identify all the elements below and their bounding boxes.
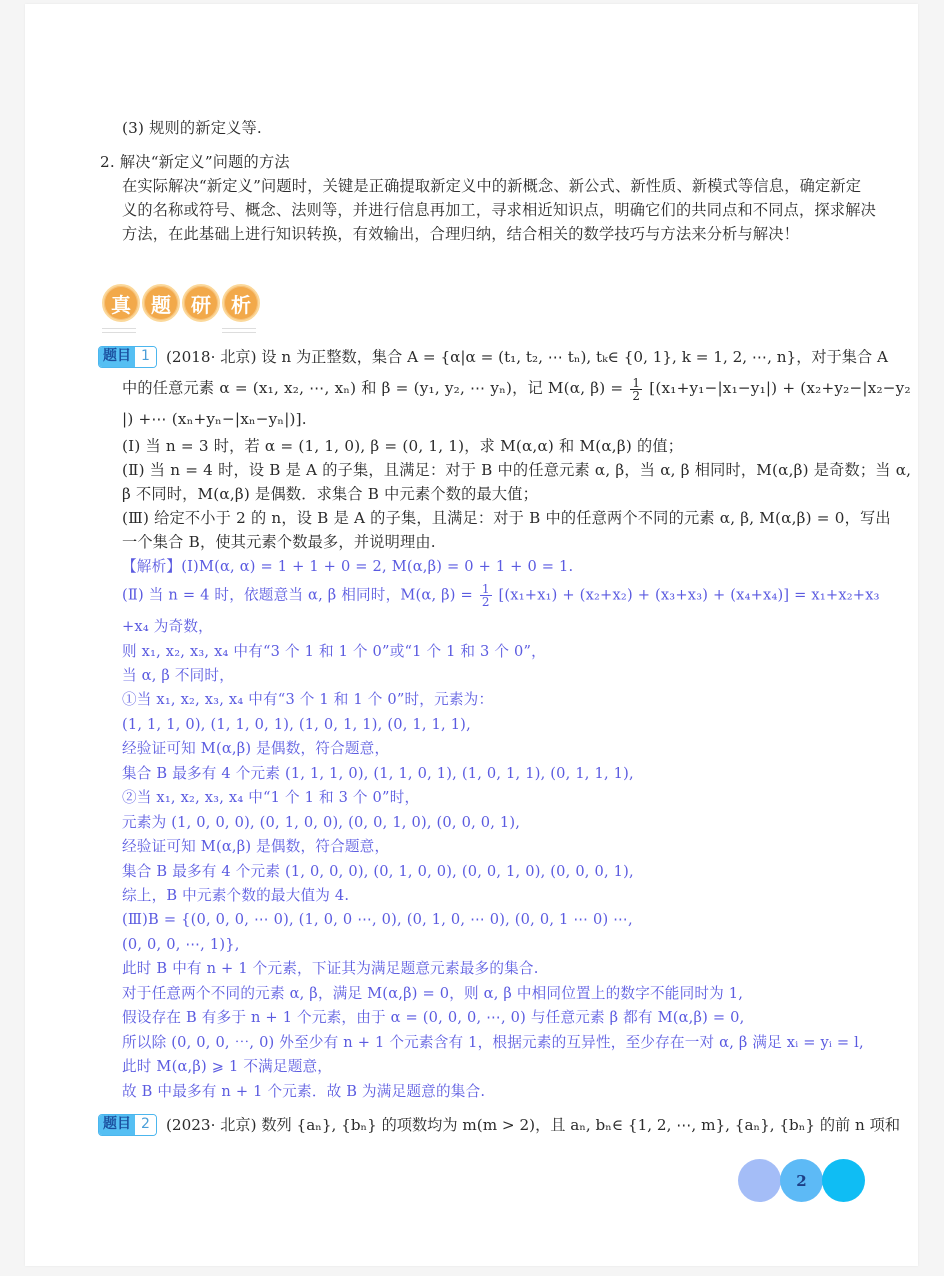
solution-2-before: (Ⅱ) 当 n = 4 时，依题意当 α, β 相同时，M(α, β) = — [122, 587, 473, 604]
question-2-tag: 题目 2 — [98, 1114, 157, 1136]
question-1-tag: 题目 1 — [98, 346, 157, 368]
banner-char-2: 题 — [142, 284, 180, 322]
fraction-one-half: 12 — [480, 583, 492, 608]
decorative-circle-left — [738, 1159, 781, 1202]
solution-line: (Ⅲ)B = {(0, 0, 0, ⋯ 0), (1, 0, 0 ⋯, 0), … — [122, 908, 633, 932]
question-tag-number: 2 — [135, 1115, 156, 1135]
solution-line: 所以除 (0, 0, 0, ⋯, 0) 外至少有 n + 1 个元素含有 1，根… — [122, 1031, 864, 1055]
solution-line: 集合 B 最多有 4 个元素 (1, 1, 1, 0), (1, 1, 0, 1… — [122, 762, 634, 786]
solution-line: 集合 B 最多有 4 个元素 (1, 0, 0, 0), (0, 1, 0, 0… — [122, 860, 634, 884]
banner-char-3: 研 — [182, 284, 220, 322]
question-tag-label: 题目 — [99, 347, 135, 367]
question-1-line-3: |) +⋯ (xₙ+yₙ−|xₙ−yₙ|)]. — [122, 407, 307, 431]
solution-line: 故 B 中最多有 n + 1 个元素．故 B 为满足题意的集合. — [122, 1080, 485, 1104]
section-2-line-2: 义的名称或符号、概念、法则等，并进行信息再加工，寻求相近知识点，明确它们的共同点… — [122, 198, 876, 222]
question-1-part-2-line-2: β 不同时，M(α,β) 是偶数．求集合 B 中元素个数的最大值； — [122, 482, 538, 506]
solution-line: 此时 B 中有 n + 1 个元素，下证其为满足题意元素最多的集合. — [122, 957, 539, 981]
solution-line: 经验证可知 M(α,β) 是偶数，符合题意， — [122, 737, 389, 761]
solution-line: 元素为 (1, 0, 0, 0), (0, 1, 0, 0), (0, 0, 1… — [122, 811, 520, 835]
solution-line: ②当 x₁, x₂, x₃, x₄ 中“1 个 1 和 3 个 0”时， — [122, 786, 419, 810]
question-tag-number: 1 — [135, 347, 156, 367]
banner-underline-right — [222, 328, 256, 333]
question-1-part-2-line-1: (Ⅱ) 当 n = 4 时，设 B 是 A 的子集，且满足：对于 B 中的任意元… — [122, 458, 911, 482]
solution-2-after: [(x₁+x₁) + (x₂+x₂) + (x₃+x₃) + (x₄+x₄)] … — [499, 587, 880, 604]
solution-line: 对于任意两个不同的元素 α, β，满足 M(α,β) = 0，则 α, β 中相… — [122, 982, 743, 1006]
solution-line-2: (Ⅱ) 当 n = 4 时，依题意当 α, β 相同时，M(α, β) = 12… — [122, 583, 880, 608]
question-1-head: (2018· 北京) 设 n 为正整数，集合 A = {α|α = (t₁, t… — [166, 345, 888, 369]
banner-underline-left — [102, 328, 136, 333]
banner-char-4: 析 — [222, 284, 260, 322]
question-1-part-1: (Ⅰ) 当 n = 3 时，若 α = (1, 1, 0), β = (0, 1… — [122, 434, 683, 458]
solution-line: 假设存在 B 有多于 n + 1 个元素，由于 α = (0, 0, 0, ⋯,… — [122, 1006, 744, 1030]
solution-line: +x₄ 为奇数， — [122, 615, 213, 639]
fraction-one-half: 12 — [630, 377, 642, 402]
q1-line2-after: [(x₁+y₁−|x₁−y₁|) + (x₂+y₂−|x₂−y₂ — [649, 379, 910, 397]
banner-char-1: 真 — [102, 284, 140, 322]
section-2-line-1: 在实际解决“新定义”问题时，关键是正确提取新定义中的新概念、新公式、新性质、新模… — [122, 174, 861, 198]
section-2-title: 2. 解决“新定义”问题的方法 — [100, 150, 290, 174]
section-banner-zhenti-yanxi: 真 题 研 析 — [102, 284, 260, 324]
solution-line: (0, 0, 0, ⋯, 1)}, — [122, 933, 240, 957]
page-number: 2 — [780, 1159, 823, 1202]
decorative-circle-right — [822, 1159, 865, 1202]
solution-line: ①当 x₁, x₂, x₃, x₄ 中有“3 个 1 和 1 个 0”时，元素为… — [122, 688, 493, 712]
intro-item-3: (3) 规则的新定义等. — [122, 116, 262, 140]
question-1-part-3-line-1: (Ⅲ) 给定不小于 2 的 n，设 B 是 A 的子集，且满足：对于 B 中的任… — [122, 506, 891, 530]
solution-line: 此时 M(α,β) ⩾ 1 不满足题意， — [122, 1055, 332, 1079]
solution-line: 则 x₁, x₂, x₃, x₄ 中有“3 个 1 和 1 个 0”或“1 个 … — [122, 640, 546, 664]
question-tag-label: 题目 — [99, 1115, 135, 1135]
question-2-head: (2023· 北京) 数列 {aₙ}, {bₙ} 的项数均为 m(m > 2)，… — [166, 1113, 900, 1137]
page-number-badge: 2 — [738, 1159, 864, 1202]
solution-line: 综上，B 中元素个数的最大值为 4. — [122, 884, 349, 908]
solution-line-1: 【解析】(I)M(α, α) = 1 + 1 + 0 = 2, M(α,β) =… — [122, 555, 573, 579]
solution-part-1: (I)M(α, α) = 1 + 1 + 0 = 2, M(α,β) = 0 +… — [181, 558, 573, 575]
q1-line2-before: 中的任意元素 α = (x₁, x₂, ⋯, xₙ) 和 β = (y₁, y₂… — [122, 379, 623, 397]
question-1-line-2: 中的任意元素 α = (x₁, x₂, ⋯, xₙ) 和 β = (y₁, y₂… — [122, 376, 911, 402]
question-1-part-3-line-2: 一个集合 B，使其元素个数最多，并说明理由. — [122, 530, 436, 554]
solution-line: 当 α, β 不同时， — [122, 664, 234, 688]
section-2-line-3: 方法，在此基础上进行知识转换，有效输出，合理归纳，结合相关的数学技巧与方法来分析… — [122, 222, 799, 246]
solution-label: 【解析】 — [122, 558, 181, 575]
solution-line: (1, 1, 1, 0), (1, 1, 0, 1), (1, 0, 1, 1)… — [122, 713, 471, 737]
solution-line: 经验证可知 M(α,β) 是偶数，符合题意， — [122, 835, 389, 859]
